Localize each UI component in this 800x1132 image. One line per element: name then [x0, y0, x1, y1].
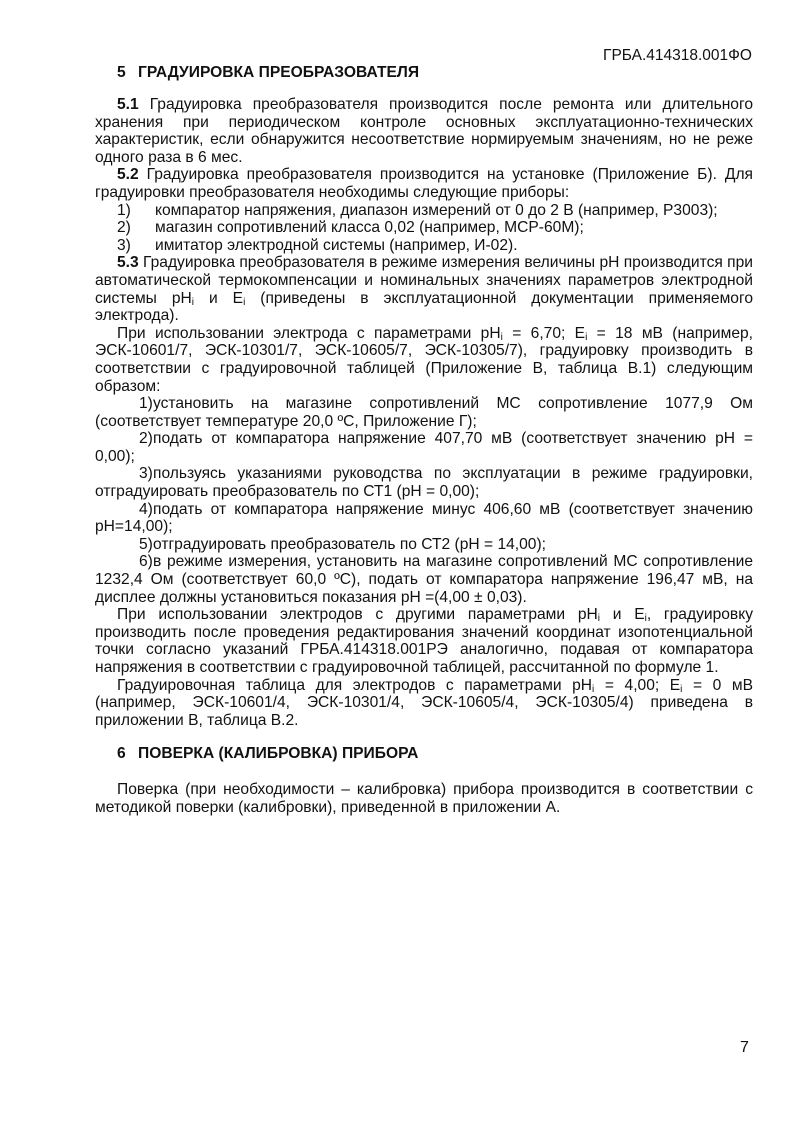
- list-item-number: 3): [117, 237, 155, 255]
- section-5-title: ГРАДУИРОВКА ПРЕОБРАЗОВАТЕЛЯ: [138, 64, 419, 81]
- paragraph-other-electrodes: При использовании электродов с другими п…: [95, 606, 753, 676]
- list-item-text: компаратор напряжения, диапазон измерени…: [155, 202, 718, 219]
- text-fragment: и E: [600, 606, 645, 623]
- list-item: 1)установить на магазине сопротивлений М…: [95, 395, 753, 430]
- paragraph-5-2: 5.2 Градуировка преобразователя производ…: [95, 166, 753, 201]
- list-item-number: 2): [117, 219, 155, 237]
- clause-5-2-number: 5.2: [117, 166, 139, 183]
- paragraph-table-reference: Градуировочная таблица для электродов с …: [95, 677, 753, 730]
- clause-5-1-text: Градуировка преобразователя производится…: [95, 96, 753, 166]
- text-fragment: = 4,00; E: [594, 677, 680, 694]
- list-item: 2)подать от компаратора напряжение 407,7…: [95, 430, 753, 465]
- paragraph-6: Поверка (при необходимости – калибровка)…: [95, 781, 753, 816]
- section-5-number: 5: [117, 64, 126, 81]
- text-fragment: При использовании электрода с параметрам…: [117, 325, 501, 342]
- list-item-text: подать от компаратора напряжение минус 4…: [95, 501, 753, 536]
- list-item: 5)отградуировать преобразователь по СТ2 …: [95, 536, 753, 554]
- list-item: 4)подать от компаратора напряжение минус…: [95, 501, 753, 536]
- list-item-number: 1): [117, 202, 155, 220]
- clause-5-3-number: 5.3: [117, 254, 139, 271]
- paragraph-electrode-6-70: При использовании электрода с параметрам…: [95, 325, 753, 395]
- text-fragment: Градуировочная таблица для электродов с …: [117, 677, 592, 694]
- calibration-steps: 1)установить на магазине сопротивлений М…: [95, 395, 753, 606]
- list-item: 6)в режиме измерения, установить на мага…: [95, 553, 753, 606]
- clause-5-2-text: Градуировка преобразователя производится…: [95, 166, 753, 201]
- text-fragment: = 6,70; E: [503, 325, 585, 342]
- list-item-text: в режиме измерения, установить на магази…: [95, 553, 753, 605]
- list-item-text: пользуясь указаниями руководства по эксп…: [95, 465, 753, 500]
- spacer: [95, 729, 753, 745]
- text-fragment: При использовании электродов с другими п…: [117, 606, 598, 623]
- list-item-number: 3): [117, 465, 153, 483]
- list-item-number: 2): [117, 430, 153, 448]
- list-item: 3)пользуясь указаниями руководства по эк…: [95, 465, 753, 500]
- text-fragment: и E: [194, 290, 243, 307]
- section-6-number: 6: [117, 745, 126, 762]
- list-item-text: отградуировать преобразователь по СТ2 (p…: [153, 536, 546, 553]
- list-item-text: имитатор электродной системы (например, …: [155, 237, 518, 254]
- page-number: 7: [740, 1039, 749, 1057]
- list-item-text: подать от компаратора напряжение 407,70 …: [95, 430, 753, 465]
- section-5-heading: 5 ГРАДУИРОВКА ПРЕОБРАЗОВАТЕЛЯ: [117, 64, 753, 82]
- page-content: 5 ГРАДУИРОВКА ПРЕОБРАЗОВАТЕЛЯ 5.1 Градуи…: [95, 64, 753, 817]
- paragraph-5-3: 5.3 Градуировка преобразователя в режиме…: [95, 254, 753, 324]
- instrument-list: 1)компаратор напряжения, диапазон измере…: [95, 202, 753, 255]
- list-item: 1)компаратор напряжения, диапазон измере…: [95, 202, 753, 220]
- list-item-number: 5): [117, 536, 153, 554]
- list-item-number: 6): [117, 553, 153, 571]
- section-6-title: ПОВЕРКА (КАЛИБРОВКА) ПРИБОРА: [138, 745, 418, 762]
- list-item-text: установить на магазине сопротивлений МС …: [95, 395, 753, 430]
- document-page: ГРБА.414318.001ФО 5 ГРАДУИРОВКА ПРЕОБРАЗ…: [0, 0, 800, 1132]
- list-item: 3)имитатор электродной системы (например…: [95, 237, 753, 255]
- section-6-heading: 6 ПОВЕРКА (КАЛИБРОВКА) ПРИБОРА: [117, 745, 753, 763]
- list-item-number: 4): [117, 501, 153, 519]
- list-item-text: магазин сопротивлений класса 0,02 (напри…: [155, 219, 584, 236]
- list-item-number: 1): [117, 395, 153, 413]
- paragraph-5-1: 5.1 Градуировка преобразователя производ…: [95, 96, 753, 166]
- clause-5-1-number: 5.1: [117, 96, 139, 113]
- document-number: ГРБА.414318.001ФО: [603, 47, 752, 65]
- list-item: 2)магазин сопротивлений класса 0,02 (нап…: [95, 219, 753, 237]
